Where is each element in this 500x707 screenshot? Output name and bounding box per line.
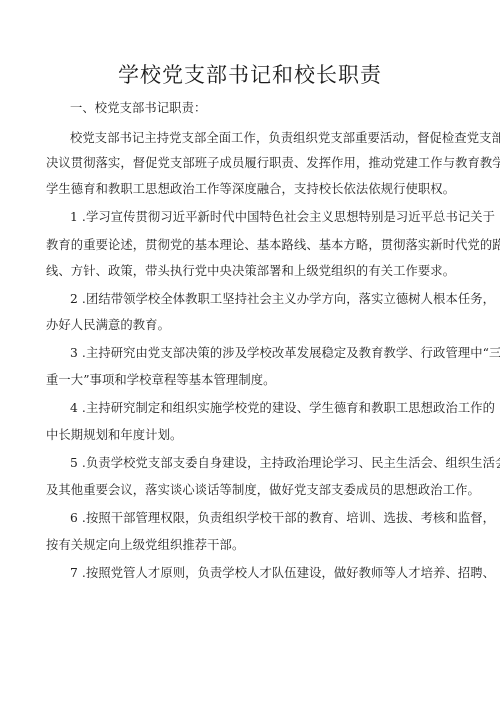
intro-line-1: 校党支部书记主持党支部全面工作，负责组织党支部重要活动，督促检查党支部 — [70, 129, 490, 147]
intro-line-3: 学生德育和教职工思想政治工作等深度融合，支持校长依法依规行使职权。 — [46, 180, 466, 198]
item-7-line-1: 7 .按照党管人才原则，负责学校人才队伍建设，做好教师等人才培养、招聘、 — [70, 564, 490, 582]
item-6-line-1: 6 .按照干部管理权限，负责组织学校干部的教育、培训、选拔、考核和监督， — [70, 509, 490, 527]
item-4-line-2: 中长期规划和年度计划。 — [46, 426, 466, 444]
item-3-line-1: 3 .主持研究由党支部决策的涉及学校改革发展稳定及教育教学、行政管理中“三 — [70, 344, 490, 362]
item-2-line-2: 办好人民满意的教育。 — [46, 316, 466, 334]
intro-line-2: 决议贯彻落实，督促党支部班子成员履行职责、发挥作用，推动党建工作与教育教学、 — [46, 154, 466, 172]
item-2-line-1: 2 .团结带领学校全体教职工坚持社会主义办学方向，落实立德树人根本任务， — [70, 290, 490, 308]
section-heading: 一、校党支部书记职责： — [70, 99, 490, 117]
item-6-line-2: 按有关规定向上级党组织推荐干部。 — [46, 536, 466, 554]
item-1-line-2: 教育的重要论述，贯彻党的基本理论、基本路线、基本方略，贯彻落实新时代党的路 — [46, 236, 466, 254]
item-5-line-1: 5 .负责学校党支部支委自身建设，主持政治理论学习、民主生活会、组织生活会 — [70, 454, 490, 472]
document-title: 学校党支部书记和校长职责 — [0, 60, 500, 90]
item-4-line-1: 4 .主持研究制定和组织实施学校党的建设、学生德育和教职工思想政治工作的 — [70, 399, 490, 417]
item-3-line-2: 重一大”事项和学校章程等基本管理制度。 — [46, 371, 466, 389]
item-1-line-1: 1 .学习宣传贯彻习近平新时代中国特色社会主义思想特别是习近平总书记关于 — [70, 208, 490, 226]
document-page: 学校党支部书记和校长职责 一、校党支部书记职责： 校党支部书记主持党支部全面工作… — [0, 0, 500, 707]
item-5-line-2: 及其他重要会议，落实谈心谈话等制度，做好党支部支委成员的思想政治工作。 — [46, 481, 466, 499]
item-1-line-3: 线、方针、政策，带头执行党中央决策部署和上级党组织的有关工作要求。 — [46, 262, 466, 280]
